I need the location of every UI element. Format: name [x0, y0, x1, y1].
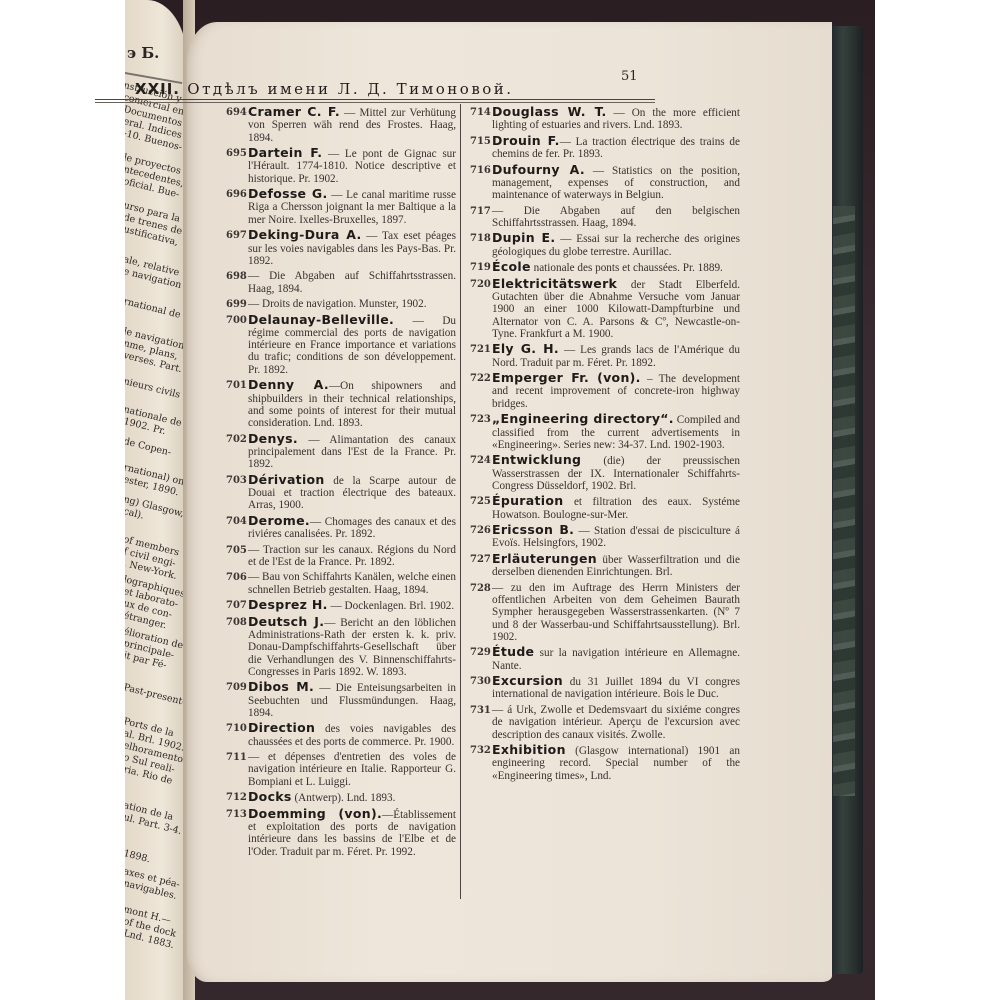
catalog-entry: 729Étude sur la navigation intérieure en… — [470, 646, 740, 672]
entry-number: 711 — [226, 752, 247, 764]
left-page-header: э Б. — [127, 44, 159, 62]
entry-heading: Dufourny A. — [492, 162, 585, 177]
catalog-entry: 708Deutsch J.— Bericht an den löblichen … — [226, 616, 456, 678]
catalog-entry: 726Ericsson B. — Station d'essai de pisc… — [470, 524, 740, 550]
entry-description: nationale des ponts et chaussées. Pr. 18… — [531, 262, 723, 274]
entry-description: — zu den im Auftrage des Herrn Ministers… — [492, 582, 740, 643]
left-page-line: de Copen- — [125, 436, 172, 458]
entry-number: 727 — [470, 554, 491, 566]
catalog-entry: 704Derome.— Chomages des canaux et des r… — [226, 515, 456, 541]
entry-number: 694 — [226, 107, 247, 119]
catalog-entry: 714Douglass W. T. — On the more efficien… — [470, 106, 740, 132]
catalog-entry: 709Dibos M. — Die Enteisungsarbeiten in … — [226, 681, 456, 719]
catalog-entry: 710Direction des voies navigables des ch… — [226, 722, 456, 748]
column-divider — [460, 104, 461, 899]
catalog-entry: 700Delaunay-Belleville. — Du régime comm… — [226, 314, 456, 376]
entry-heading: Exhibition — [492, 742, 566, 757]
entry-number: 729 — [470, 647, 491, 659]
entry-number: 719 — [470, 262, 491, 274]
entry-heading: Dibos M. — [248, 679, 314, 694]
catalog-entry: 699— Droits de navigation. Munster, 1902… — [226, 298, 456, 310]
catalog-entry: 706— Bau von Schiffahrts Kanälen, welche… — [226, 571, 456, 596]
entry-number: 707 — [226, 600, 247, 612]
entry-heading: Defosse G. — [248, 186, 328, 201]
entry-number: 723 — [470, 414, 491, 426]
entry-number: 730 — [470, 676, 491, 688]
catalog-entry: 719École nationale des ponts et chaussée… — [470, 261, 740, 274]
entry-heading: Ely G. H. — [492, 341, 559, 356]
left-page-line: nieurs civils — [125, 376, 181, 401]
section-title: Отдѣлъ имени Л. Д. Тимоновой. — [187, 80, 513, 98]
entry-description: (Antwerp). Lnd. 1893. — [292, 792, 396, 804]
entry-number: 706 — [226, 572, 247, 584]
catalog-entry: 694Cramer C. F. — Mittel zur Verhütung v… — [226, 106, 456, 144]
entry-description: — Die Abgaben auf den belgischen Schiffa… — [492, 205, 740, 229]
entry-heading: Dartein F. — [248, 145, 322, 160]
header-rule — [95, 99, 655, 103]
catalog-entry: 711— et dépenses d'entretien des voles d… — [226, 751, 456, 788]
catalog-entry: 716Dufourny A. — Statistics on the posit… — [470, 164, 740, 202]
entry-heading: Cramer C. F. — [248, 104, 340, 119]
entry-heading: Douglass W. T. — [492, 104, 607, 119]
catalog-entry: 713Doemming (von).—Établissement et expl… — [226, 808, 456, 858]
entry-heading: Excursion — [492, 673, 563, 688]
entry-heading: Dérivation — [248, 472, 325, 487]
entry-description: — Dockenlagen. Brl. 1902. — [328, 600, 454, 612]
entry-heading: Derome. — [248, 513, 310, 528]
entry-number: 721 — [470, 344, 491, 356]
catalog-entry: 725Épuration et filtration des eaux. Sys… — [470, 495, 740, 521]
entry-description: — Droits de navigation. Munster, 1902. — [248, 298, 427, 310]
right-column: 714Douglass W. T. — On the more efficien… — [470, 106, 740, 785]
entry-number: 702 — [226, 434, 247, 446]
entry-number: 699 — [226, 299, 247, 311]
entry-heading: Entwicklung — [492, 452, 581, 467]
entry-number: 731 — [470, 705, 491, 717]
left-page-line: 1898. — [125, 848, 151, 865]
entry-number: 696 — [226, 189, 247, 201]
entry-number: 718 — [470, 233, 491, 245]
entry-heading: Ericsson B. — [492, 522, 574, 537]
book-cover-edge — [829, 26, 863, 974]
entry-number: 700 — [226, 315, 247, 327]
entry-heading: Denny A. — [248, 377, 329, 392]
catalog-entry: 720Elektricitätswerk der Stadt Elberfeld… — [470, 278, 740, 340]
entry-description: — Traction sur les canaux. Régions du No… — [248, 544, 456, 568]
entry-number: 701 — [226, 380, 247, 392]
entry-number: 713 — [226, 809, 247, 821]
entry-heading: Erläuterungen — [492, 551, 597, 566]
entry-description: — Bau von Schiffahrts Kanälen, welche ei… — [248, 571, 456, 595]
entry-number: 698 — [226, 271, 247, 283]
catalog-entry: 695Dartein F. — Le pont de Gignac sur l'… — [226, 147, 456, 185]
catalog-entry: 722Emperger Fr. (von). – The development… — [470, 372, 740, 410]
catalog-entry: 697Deking-Dura A. — Tax eset péages sur … — [226, 229, 456, 267]
entry-description: — et dépenses d'entretien des voles de n… — [248, 751, 456, 788]
entry-heading: Elektricitätswerk — [492, 276, 617, 291]
entry-number: 717 — [470, 206, 491, 218]
catalog-entry: 696Defosse G. — Le canal maritime russe … — [226, 188, 456, 226]
section-number: XXII. — [135, 80, 180, 98]
entry-number: 732 — [470, 745, 491, 757]
entry-heading: Épuration — [492, 493, 563, 508]
entry-number: 709 — [226, 682, 247, 694]
catalog-entry: 728— zu den im Auftrage des Herrn Minist… — [470, 582, 740, 643]
catalog-entry: 701Denny A.—On shipowners and shipbuilde… — [226, 379, 456, 429]
entry-number: 697 — [226, 230, 247, 242]
entry-heading: Direction — [248, 720, 315, 735]
entry-heading: Étude — [492, 644, 534, 659]
catalog-entry: 723„Engineering directory“. Compiled and… — [470, 413, 740, 451]
entry-heading: Drouin F. — [492, 133, 560, 148]
catalog-entry: 721Ely G. H. — Les grands lacs de l'Amér… — [470, 343, 740, 369]
entry-heading: Delaunay-Belleville. — [248, 312, 394, 327]
entry-number: 708 — [226, 617, 247, 629]
catalog-entry: 703Dérivation de la Scarpe autour de Dou… — [226, 474, 456, 512]
entry-number: 714 — [470, 107, 491, 119]
entry-number: 705 — [226, 545, 247, 557]
entry-number: 726 — [470, 525, 491, 537]
entry-number: 703 — [226, 475, 247, 487]
entry-number: 724 — [470, 455, 491, 467]
entry-number: 722 — [470, 373, 491, 385]
entry-heading: Denys. — [248, 431, 298, 446]
entry-heading: Deking-Dura A. — [248, 227, 362, 242]
entry-description: — Die Abgaben auf Schiffahrtsstrassen. H… — [248, 270, 456, 294]
entry-number: 728 — [470, 583, 491, 595]
catalog-entry: 705— Traction sur les canaux. Régions du… — [226, 544, 456, 569]
catalog-entry: 707Desprez H. — Dockenlagen. Brl. 1902. — [226, 599, 456, 612]
entry-heading: École — [492, 259, 531, 274]
catalog-entry: 731— á Urk, Zwolle et Dedemsvaart du six… — [470, 704, 740, 741]
entry-number: 716 — [470, 165, 491, 177]
catalog-entry: 724Entwicklung (die) der preussischen Wa… — [470, 454, 740, 492]
left-page-line: Past-present- — [125, 682, 187, 708]
catalog-entry: 730Excursion du 31 Juillet 1894 du VI co… — [470, 675, 740, 701]
entry-number: 712 — [226, 792, 247, 804]
entry-heading: „Engineering directory“. — [492, 411, 674, 426]
left-page-fragment: э Б. nstrucción ycomercial enDocumentose… — [125, 0, 187, 1000]
catalog-entry: 718Dupin E. — Essai sur la recherche des… — [470, 232, 740, 258]
entry-number: 710 — [226, 723, 247, 735]
section-heading: XXII. Отдѣлъ имени Л. Д. Тимоновой. — [135, 80, 514, 98]
catalog-entry: 717— Die Abgaben auf den belgischen Schi… — [470, 205, 740, 230]
entry-heading: Emperger Fr. (von). — [492, 370, 641, 385]
left-page-line: rnational de — [125, 296, 182, 321]
entry-number: 725 — [470, 496, 491, 508]
catalog-entry: 715Drouin F.— La traction électrique des… — [470, 135, 740, 161]
left-column: 694Cramer C. F. — Mittel zur Verhütung v… — [226, 106, 456, 861]
entry-number: 695 — [226, 148, 247, 160]
catalog-entry: 712Docks (Antwerp). Lnd. 1893. — [226, 791, 456, 804]
catalog-entry: 732Exhibition (Glasgow international) 19… — [470, 744, 740, 782]
entry-number: 704 — [226, 516, 247, 528]
entry-heading: Docks — [248, 789, 292, 804]
entry-number: 715 — [470, 136, 491, 148]
catalog-entry: 698— Die Abgaben auf Schiffahrtsstrassen… — [226, 270, 456, 295]
entry-heading: Deutsch J. — [248, 614, 324, 629]
catalog-entry: 727Erläuterungen über Wasserfiltration u… — [470, 553, 740, 579]
page-number: 51 — [621, 69, 638, 84]
entry-heading: Doemming (von). — [248, 806, 382, 821]
catalog-entry: 702Denys. — Alimantation des canaux prin… — [226, 433, 456, 471]
entry-heading: Dupin E. — [492, 230, 555, 245]
entry-description: — á Urk, Zwolle et Dedemsvaart du sixiém… — [492, 704, 740, 741]
entry-heading: Desprez H. — [248, 597, 328, 612]
entry-number: 720 — [470, 279, 491, 291]
